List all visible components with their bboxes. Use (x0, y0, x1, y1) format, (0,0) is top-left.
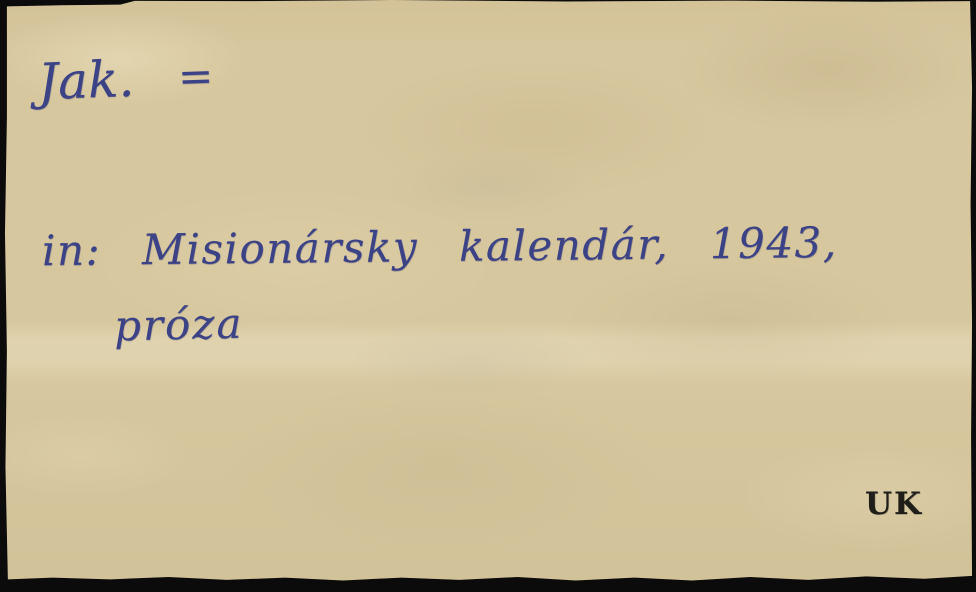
catalog-card: Jak. = in: Misionársky kalendár, 1943, p… (4, 0, 973, 584)
scan-background: Jak. = in: Misionársky kalendár, 1943, p… (0, 0, 976, 592)
heading-abbreviation: Jak. (37, 50, 135, 111)
genre-line: próza (114, 299, 244, 351)
citation-line: in: Misionársky kalendár, 1943, (42, 218, 838, 275)
heading-line: Jak. = (37, 47, 215, 111)
library-stamp: UK (865, 486, 923, 522)
equals-sign: = (177, 47, 215, 101)
